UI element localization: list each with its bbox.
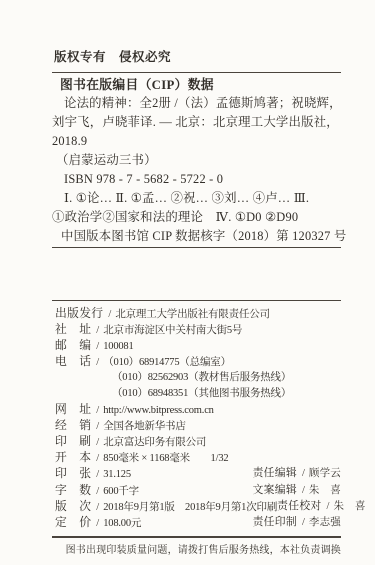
- cip-title: 图书在版编目（CIP）数据: [52, 77, 341, 94]
- field-value: 北京市海淀区中关村南大街5号: [103, 322, 242, 337]
- credit-label: 责任校对: [277, 498, 321, 513]
- field-separator: /: [297, 517, 309, 528]
- field-separator: /: [91, 341, 103, 352]
- cip-lines: 论法的精神：全2册 /（法）孟德斯鸠著；祝晓辉， 刘宇飞，卢晓菲译. — 北京：…: [52, 94, 341, 246]
- field-separator: /: [297, 485, 309, 496]
- cip-line: 刘宇飞，卢晓菲译. — 北京：北京理工大学出版社，: [52, 113, 341, 132]
- field-separator: /: [91, 486, 103, 497]
- field-label: 版 次: [55, 497, 91, 514]
- pub-row-sheets: 印 张/31.125 责任编辑/顾学云: [52, 465, 341, 481]
- field-separator: /: [91, 437, 103, 448]
- pub-row-edition: 版 次/2018年9月第1版 2018年9月第1次印刷 责任校对/朱 喜: [52, 497, 341, 513]
- field-label: 电 话: [55, 352, 91, 369]
- credit-label: 文案编辑: [253, 482, 297, 497]
- field-separator: /: [91, 502, 103, 513]
- field-value: 600千字: [103, 483, 139, 498]
- pub-row-distribution: 经 销/全国各地新华书店: [52, 417, 341, 433]
- website-url: http://www.bitpress.com.cn: [103, 405, 213, 416]
- field-label: 印 刷: [55, 432, 91, 449]
- field-label: 社 址: [55, 320, 91, 337]
- pub-row-format: 开 本/850毫米 × 1168毫米 1/32: [52, 449, 341, 465]
- divider-publisher-top: [52, 300, 341, 301]
- field-value: 31.125: [103, 469, 131, 480]
- field-label: 出版发行: [55, 304, 103, 321]
- field-value: 北京理工大学出版社有限责任公司: [115, 306, 270, 321]
- field-separator: /: [91, 469, 103, 480]
- pub-row-wordcount: 字 数/600千字 文案编辑/朱 喜: [52, 481, 341, 497]
- field-label: 定 价: [55, 513, 91, 530]
- quality-service-note: 图书出现印装质量问题，请拨打售后服务热线，本社负责调换: [52, 541, 341, 556]
- field-value: 全国各地新华书店: [103, 418, 185, 433]
- field-separator: /: [297, 468, 309, 479]
- credit-name: 李志强: [309, 514, 341, 529]
- pub-row-telephone: 电 话/（010）68914775（总编室）: [52, 352, 341, 368]
- publisher-info-block: 出版发行/北京理工大学出版社有限责任公司 社 址/北京市海淀区中关村南大街5号 …: [52, 304, 341, 529]
- field-label: 字 数: [55, 481, 91, 498]
- cip-block: 图书在版编目（CIP）数据 论法的精神：全2册 /（法）孟德斯鸠著；祝晓辉， 刘…: [52, 77, 341, 246]
- credit-name: 朱 喜: [309, 482, 341, 497]
- cip-line: 论法的精神：全2册 /（法）孟德斯鸠著；祝晓辉，: [52, 94, 341, 113]
- pub-row-publisher: 出版发行/北京理工大学出版社有限责任公司: [52, 304, 341, 320]
- field-separator: /: [91, 453, 103, 464]
- field-separator: /: [91, 518, 103, 529]
- field-value: 北京富达印务有限公司: [103, 434, 206, 449]
- field-value: 850毫米 × 1168毫米 1/32: [103, 450, 228, 465]
- field-separator: /: [91, 325, 103, 336]
- book-copyright-page: 版权专有 侵权必究 图书在版编目（CIP）数据 论法的精神：全2册 /（法）孟德…: [0, 0, 375, 565]
- field-label: 邮 编: [55, 336, 91, 353]
- cip-line-isbn: ISBN 978 - 7 - 5682 - 5722 - 0: [52, 170, 341, 189]
- cip-line-classification: Ⅰ. ①论… Ⅱ. ①孟… ②祝… ③刘… ④卢… Ⅲ.: [52, 189, 341, 208]
- credit-name: 朱 喜: [333, 498, 365, 513]
- credit-label: 责任印制: [253, 514, 297, 529]
- pub-row-postcode: 邮 编/100081: [52, 336, 341, 352]
- field-separator: /: [91, 405, 103, 416]
- cip-line-series: （启蒙运动三书）: [52, 151, 341, 170]
- copyright-notice: 版权专有 侵权必究: [52, 0, 341, 66]
- credit-label: 责任编辑: [253, 465, 297, 480]
- cip-line: 2018.9: [52, 132, 341, 151]
- field-label: 开 本: [55, 448, 91, 465]
- field-label: 印 张: [55, 464, 91, 481]
- field-value: （010）82562903（教材售后服务热线）: [112, 369, 291, 384]
- credit-name: 顾学云: [309, 465, 341, 480]
- field-separator: /: [91, 357, 103, 368]
- field-separator: /: [103, 309, 115, 320]
- field-label: 网 址: [55, 400, 91, 417]
- cip-line-classification: ①政治学②国家和法的理论 Ⅳ. ①D0 ②D90: [52, 208, 341, 227]
- field-value: （010）68914775（总编室）: [103, 354, 231, 369]
- field-label: 经 销: [55, 416, 91, 433]
- field-separator: /: [91, 421, 103, 432]
- field-separator: /: [322, 501, 334, 512]
- cip-line-record-number: 中国版本图书馆 CIP 数据核字（2018）第 120327 号: [52, 227, 341, 246]
- pub-row-telephone-2: （010）82562903（教材售后服务热线）: [52, 368, 341, 384]
- pub-row-price: 定 价/108.00元 责任印制/李志强: [52, 513, 341, 529]
- pub-row-printing: 印 刷/北京富达印务有限公司: [52, 433, 341, 449]
- divider-top: [52, 72, 341, 73]
- field-value: （010）68948351（其他图书服务热线）: [112, 385, 291, 400]
- pub-row-website: 网 址/http://www.bitpress.com.cn: [52, 401, 341, 417]
- field-value: 2018年9月第1版 2018年9月第1次印刷: [103, 499, 277, 514]
- pub-row-address: 社 址/北京市海淀区中关村南大街5号: [52, 320, 341, 336]
- divider-bottom: [52, 536, 341, 538]
- divider-cip-bottom: [52, 247, 341, 248]
- field-value: 108.00元: [103, 515, 141, 530]
- pub-row-telephone-3: （010）68948351（其他图书服务热线）: [52, 384, 341, 400]
- field-value: 100081: [103, 341, 133, 352]
